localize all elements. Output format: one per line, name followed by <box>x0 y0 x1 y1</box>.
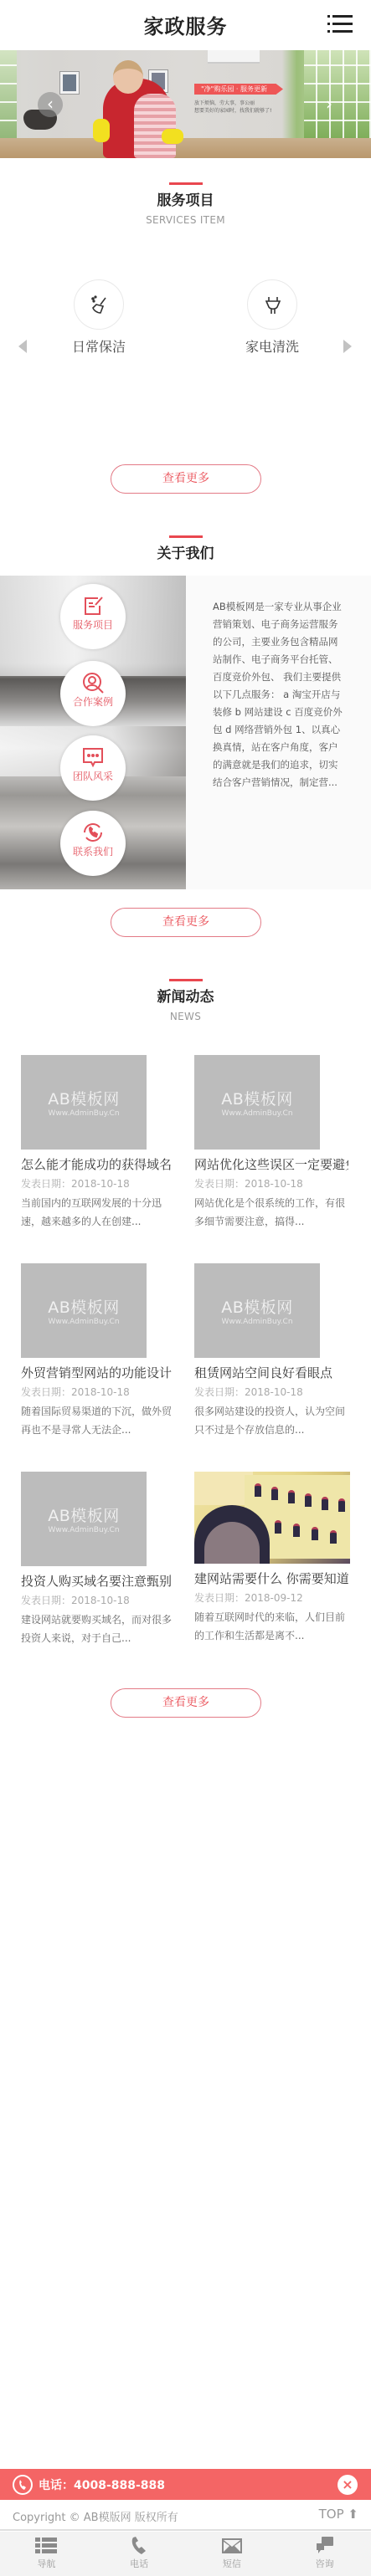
phone-refresh-icon <box>81 821 105 844</box>
banner-picture-frame <box>60 72 79 94</box>
news-title[interactable]: 网站优化这些误区一定要避免 <box>194 1156 348 1173</box>
news-title[interactable]: 投资人购买域名要注意甄别 <box>21 1573 175 1590</box>
header: 家政服务 <box>0 0 371 49</box>
news-thumbnail-placeholder: AB模板网 Www.AdminBuy.Cn <box>194 1263 320 1358</box>
back-to-top-button[interactable]: TOP ⬆ <box>319 2507 358 2522</box>
service-label: 家电清洗 <box>222 336 322 356</box>
banner-next-arrow-icon[interactable]: › <box>317 92 342 117</box>
list-icon <box>35 2537 57 2555</box>
hero-banner-slider[interactable]: "净"购乐园 · 服务更新 放下烦恼，劳大事，事公丽 想要美好的家园时，找我们就… <box>0 50 371 158</box>
about-section-header: 关于我们 <box>0 535 371 563</box>
copyright-bar: Copyright © AB模版网 版权所有 TOP ⬆ <box>0 2500 371 2531</box>
section-title: 关于我们 <box>0 545 371 563</box>
watermark-text: AB模板网 <box>194 1087 320 1109</box>
news-date: 发表日期：2018-10-18 <box>21 1385 185 1400</box>
banner-mother-child-image <box>88 60 188 158</box>
about-nav-label: 服务项目 <box>60 619 126 631</box>
news-summary: 随着国际贸易渠道的下沉，做外贸再也不是寻常人无法企... <box>21 1402 175 1439</box>
news-title[interactable]: 外贸营销型网站的功能设计 <box>21 1365 175 1381</box>
news-card[interactable]: AB模板网 Www.AdminBuy.Cn 网站优化这些误区一定要避免 发表日期… <box>194 1055 358 1231</box>
services-section-header: 服务项目 SERVICES ITEM <box>0 182 371 226</box>
banner-window-left <box>0 50 17 138</box>
bottom-nav-sms[interactable]: 短信 <box>186 2532 279 2576</box>
watermark-text: AB模板网 <box>194 1295 320 1318</box>
bottom-nav-menu[interactable]: 导航 <box>0 2532 93 2576</box>
chat-icon <box>314 2537 336 2555</box>
watermark-text: AB模板网 <box>21 1503 147 1526</box>
news-card[interactable]: 建网站需要什么 你需要知道 发表日期：2018-09-12 随着互联网时代的来临… <box>194 1472 358 1645</box>
news-section-header: 新闻动态 NEWS <box>0 979 371 1022</box>
envelope-icon <box>221 2537 243 2555</box>
services-next-arrow-icon[interactable] <box>343 340 352 353</box>
service-icon-circle <box>247 279 297 330</box>
news-summary: 网站优化是个很系统的工作，有很多细节需要注意，搞得... <box>194 1194 348 1231</box>
bottom-nav-label: 咨询 <box>278 2557 371 2570</box>
news-summary: 很多网站建设的投资人，认为空间只不过是个存放信息的... <box>194 1402 348 1439</box>
services-prev-arrow-icon[interactable] <box>18 340 27 353</box>
news-card[interactable]: AB模板网 Www.AdminBuy.Cn 外贸营销型网站的功能设计 发表日期：… <box>21 1263 185 1439</box>
phone-call-bar[interactable]: 电话：4008-888-888 × <box>0 2469 371 2500</box>
about-nav-label: 合作案例 <box>60 696 126 708</box>
banner-text-line: 放下烦恼，劳大事，事公丽 <box>194 99 255 106</box>
service-item-appliance-cleaning[interactable]: 家电清洗 <box>222 279 322 356</box>
edit-note-icon <box>81 594 105 617</box>
news-date: 发表日期：2018-10-18 <box>21 1593 185 1608</box>
site-title: 家政服务 <box>0 10 371 39</box>
news-date: 发表日期：2018-09-12 <box>194 1590 358 1606</box>
news-thumbnail-placeholder: AB模板网 Www.AdminBuy.Cn <box>21 1055 147 1150</box>
service-label: 日常保洁 <box>49 336 149 356</box>
chat-bubble-icon <box>81 745 105 769</box>
news-thumbnail-placeholder: AB模板网 Www.AdminBuy.Cn <box>21 1472 147 1566</box>
accent-divider <box>169 979 203 981</box>
about-nav-label: 团队风采 <box>60 771 126 782</box>
about-nav-contact[interactable]: 联系我们 <box>60 811 126 876</box>
news-title[interactable]: 租赁网站空间良好看眼点 <box>194 1365 348 1381</box>
watermark-url: Www.AdminBuy.Cn <box>21 1109 147 1118</box>
about-nav-services[interactable]: 服务项目 <box>60 584 126 649</box>
service-item-daily-cleaning[interactable]: 日常保洁 <box>49 279 149 356</box>
service-icon-circle <box>74 279 124 330</box>
news-card[interactable]: AB模板网 Www.AdminBuy.Cn 投资人购买域名要注意甄别 发表日期：… <box>21 1472 185 1647</box>
phone-icon <box>128 2537 150 2555</box>
news-title[interactable]: 怎么能才能成功的获得域名 <box>21 1156 175 1173</box>
copyright-text: Copyright © AB模版网 版权所有 <box>13 2508 178 2524</box>
banner-tag: "净"购乐园 · 服务更新 <box>194 84 283 95</box>
watermark-text: AB模板网 <box>21 1295 147 1318</box>
watermark-url: Www.AdminBuy.Cn <box>194 1318 320 1326</box>
banner-prev-arrow-icon[interactable]: ‹ <box>38 92 63 117</box>
news-date: 发表日期：2018-10-18 <box>21 1176 185 1191</box>
plug-icon <box>262 294 284 316</box>
phone-circle-icon <box>13 2475 33 2495</box>
news-card[interactable]: AB模板网 Www.AdminBuy.Cn 租赁网站空间良好看眼点 发表日期：2… <box>194 1263 358 1439</box>
news-card[interactable]: AB模板网 Www.AdminBuy.Cn 怎么能才能成功的获得域名 发表日期：… <box>21 1055 185 1231</box>
bottom-nav: 导航 电话 短信 咨询 <box>0 2532 371 2576</box>
news-date: 发表日期：2018-10-18 <box>194 1176 358 1191</box>
news-summary: 建设网站就要购买域名，而对很多投资人来说，对于自己... <box>21 1611 175 1647</box>
about-nav-cases[interactable]: 合作案例 <box>60 661 126 726</box>
about-description: AB模板网是一家专业从事企业营销策划、电子商务运营服务的公司，主要业务包含精品网… <box>186 576 371 889</box>
section-title: 新闻动态 <box>0 988 371 1006</box>
section-subtitle: NEWS <box>0 1011 371 1022</box>
banner-air-conditioner <box>208 50 260 64</box>
bottom-nav-phone[interactable]: 电话 <box>93 2532 186 2576</box>
banner-window-right <box>304 50 371 138</box>
section-title: 服务项目 <box>0 192 371 210</box>
watermark-url: Www.AdminBuy.Cn <box>194 1109 320 1118</box>
news-view-more-button[interactable]: 查看更多 <box>111 1688 261 1718</box>
news-summary: 随着互联网时代的来临，人们目前的工作和生活都是离不... <box>194 1608 348 1645</box>
bottom-nav-consult[interactable]: 咨询 <box>278 2532 371 2576</box>
hamburger-menu-icon[interactable] <box>327 15 353 33</box>
bottom-nav-label: 短信 <box>186 2557 279 2570</box>
phone-number: 电话：4008-888-888 <box>39 2476 165 2493</box>
close-icon[interactable]: × <box>338 2475 358 2495</box>
watermark-text: AB模板网 <box>21 1087 147 1109</box>
news-summary: 当前国内的互联网发展的十分迅速，越来越多的人在创建... <box>21 1194 175 1231</box>
about-view-more-button[interactable]: 查看更多 <box>111 908 261 937</box>
user-search-icon <box>81 671 105 694</box>
services-view-more-button[interactable]: 查看更多 <box>111 464 261 494</box>
news-title[interactable]: 建网站需要什么 你需要知道 <box>194 1570 348 1587</box>
accent-divider <box>169 182 203 185</box>
watermark-url: Www.AdminBuy.Cn <box>21 1526 147 1534</box>
news-date: 发表日期：2018-10-18 <box>194 1385 358 1400</box>
watermark-url: Www.AdminBuy.Cn <box>21 1318 147 1326</box>
banner-text-line: 想要美好的家园时，找我们就够了! <box>194 106 271 114</box>
accent-divider <box>169 535 203 538</box>
bottom-nav-label: 电话 <box>93 2557 186 2570</box>
bottom-nav-label: 导航 <box>0 2557 93 2570</box>
broom-icon <box>89 294 111 316</box>
about-nav-label: 联系我们 <box>60 846 126 858</box>
news-thumbnail-placeholder: AB模板网 Www.AdminBuy.Cn <box>21 1263 147 1358</box>
section-subtitle: SERVICES ITEM <box>0 214 371 226</box>
about-nav-team[interactable]: 团队风采 <box>60 735 126 801</box>
news-thumbnail-building-photo <box>194 1472 350 1564</box>
news-thumbnail-placeholder: AB模板网 Www.AdminBuy.Cn <box>194 1055 320 1150</box>
